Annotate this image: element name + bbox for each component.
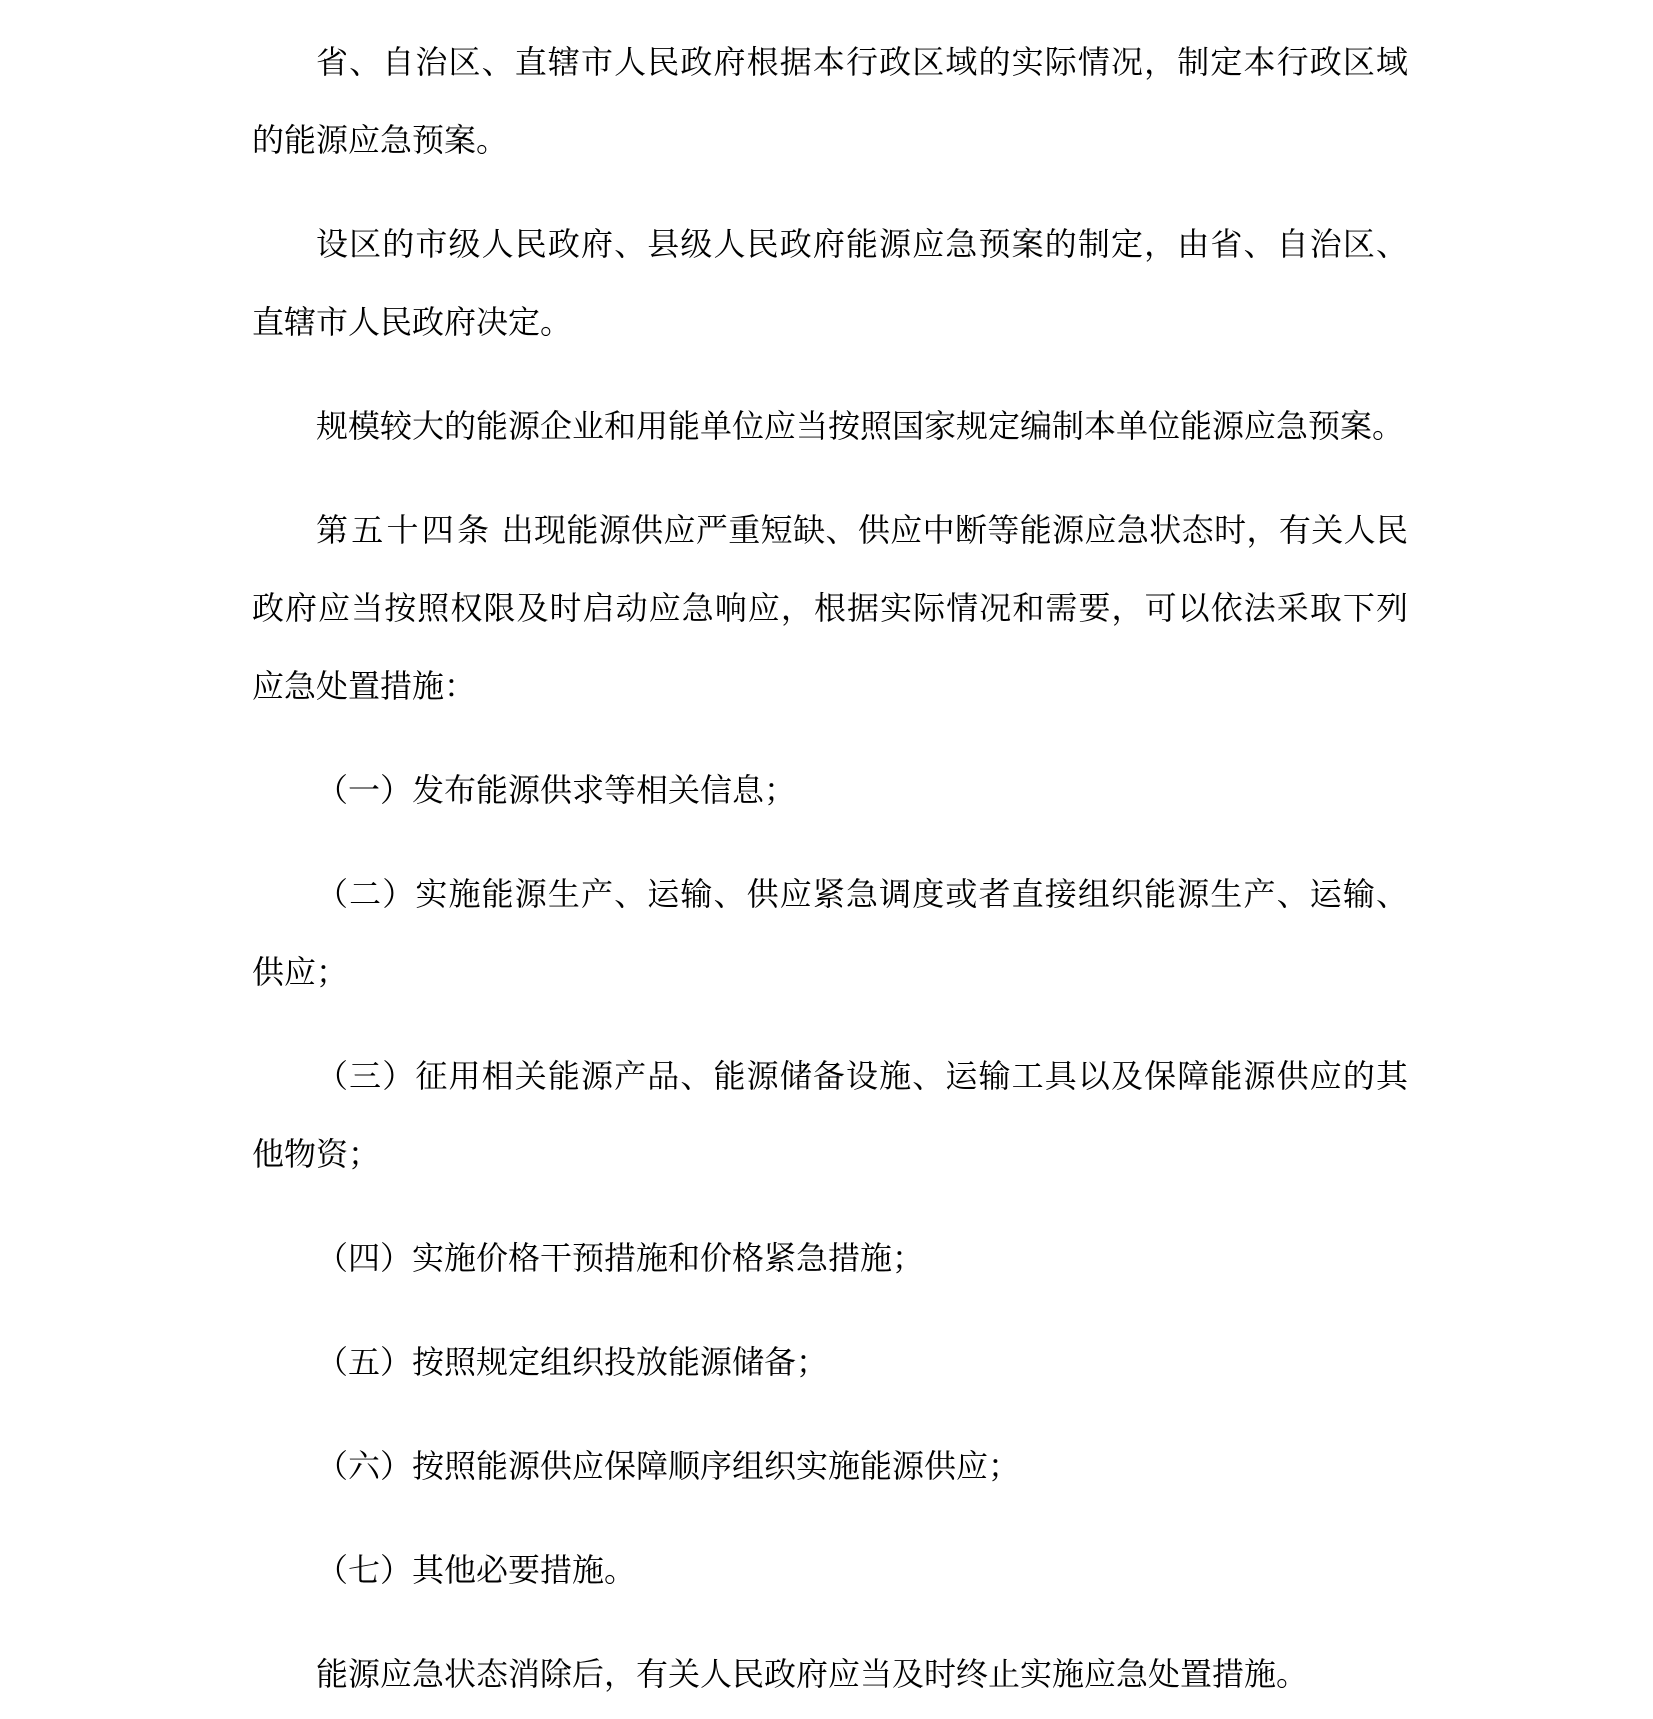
text-line: 政府应当按照权限及时启动应急响应，根据实际情况和需要，可以依法采取下列 [252,569,1408,647]
paragraph: 规模较大的能源企业和用能单位应当按照国家规定编制本单位能源应急预案。 [252,387,1408,465]
text-line: （七）其他必要措施。 [252,1531,1408,1609]
text-line: 规模较大的能源企业和用能单位应当按照国家规定编制本单位能源应急预案。 [252,387,1408,465]
text-line: （一）发布能源供求等相关信息； [252,751,1408,829]
paragraph: 设区的市级人民政府、县级人民政府能源应急预案的制定，由省、自治区、直辖市人民政府… [252,205,1408,361]
article-number: 第五十四条 [316,512,492,548]
text-line: （六）按照能源供应保障顺序组织实施能源供应； [252,1427,1408,1505]
paragraph: （二）实施能源生产、运输、供应紧急调度或者直接组织能源生产、运输、供应； [252,855,1408,1011]
paragraph: 能源应急状态消除后，有关人民政府应当及时终止实施应急处置措施。 [252,1635,1408,1713]
paragraph: （一）发布能源供求等相关信息； [252,751,1408,829]
document-page: 省、自治区、直辖市人民政府根据本行政区域的实际情况，制定本行政区域的能源应急预案… [252,0,1408,1713]
text-line: 第五十四条 出现能源供应严重短缺、供应中断等能源应急状态时，有关人民 [252,491,1408,569]
text-line: 供应； [252,933,1408,1011]
text-line: 能源应急状态消除后，有关人民政府应当及时终止实施应急处置措施。 [252,1635,1408,1713]
text-line: 应急处置措施： [252,647,1408,725]
paragraph: （三）征用相关能源产品、能源储备设施、运输工具以及保障能源供应的其他物资； [252,1037,1408,1193]
paragraph: （四）实施价格干预措施和价格紧急措施； [252,1219,1408,1297]
paragraph: （六）按照能源供应保障顺序组织实施能源供应； [252,1427,1408,1505]
text-line: （五）按照规定组织投放能源储备； [252,1323,1408,1401]
text-line: 省、自治区、直辖市人民政府根据本行政区域的实际情况，制定本行政区域 [252,23,1408,101]
text-line: 的能源应急预案。 [252,101,1408,179]
text-line: （三）征用相关能源产品、能源储备设施、运输工具以及保障能源供应的其 [252,1037,1408,1115]
text-line: 设区的市级人民政府、县级人民政府能源应急预案的制定，由省、自治区、 [252,205,1408,283]
paragraph: （七）其他必要措施。 [252,1531,1408,1609]
paragraph: 省、自治区、直辖市人民政府根据本行政区域的实际情况，制定本行政区域的能源应急预案… [252,23,1408,179]
paragraph: 第五十四条 出现能源供应严重短缺、供应中断等能源应急状态时，有关人民政府应当按照… [252,491,1408,725]
text-line: （四）实施价格干预措施和价格紧急措施； [252,1219,1408,1297]
text-line: 他物资； [252,1115,1408,1193]
paragraph: （五）按照规定组织投放能源储备； [252,1323,1408,1401]
text-line: （二）实施能源生产、运输、供应紧急调度或者直接组织能源生产、运输、 [252,855,1408,933]
text-line: 直辖市人民政府决定。 [252,283,1408,361]
